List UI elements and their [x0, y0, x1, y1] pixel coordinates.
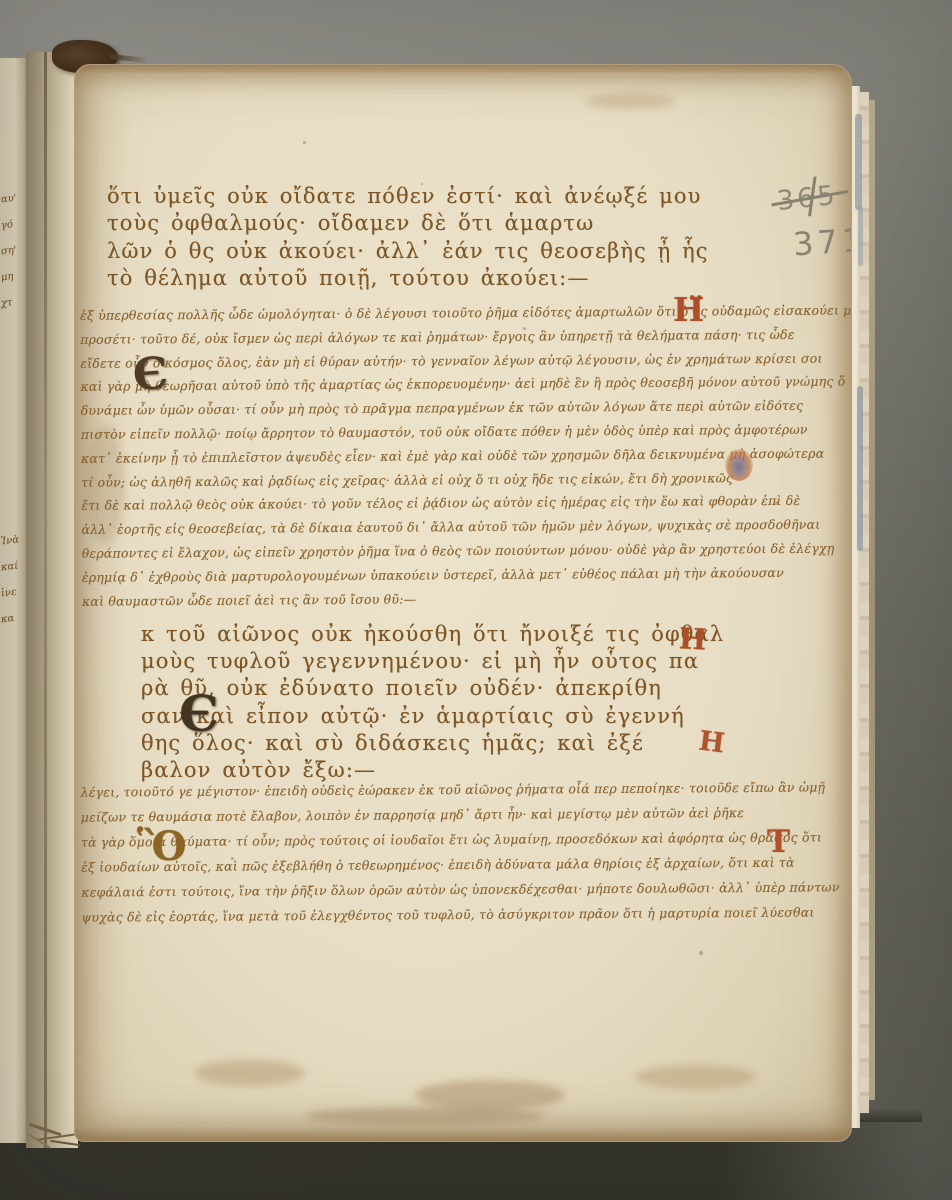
stain [635, 1065, 755, 1089]
folio-number-crossed-out: 365 [776, 180, 839, 217]
decorated-initial-epsilon: Є [179, 689, 219, 739]
facing-page-text-fragments: Ἰνὰκαίἰνεκα [1, 528, 27, 632]
page-edge-stack [869, 100, 875, 1100]
manuscript-text-line: μοὺς τυφλοῦ γεγεννημένου· εἰ μὴ ἦν οὗτος… [141, 648, 724, 675]
manuscript-text-line: τὸ θέλημα αὐτοῦ ποιῇ, τούτου ἀκούει:— [107, 265, 709, 292]
foxing-dot [303, 141, 306, 144]
rubric-eta-marginal: Η̈ [673, 293, 704, 326]
manuscript-text-line: καί [0, 553, 28, 582]
manuscript-text-line: γό [0, 211, 28, 240]
manuscript-text-line: ψυχὰς δὲ εἰς ἑορτάς, ἵνα μετὰ τοῦ ἐλεγχθ… [81, 899, 839, 929]
blue-edge-sliver [858, 206, 863, 266]
rubric-eta-marginal: Η [678, 624, 707, 654]
lemma-text-block-1: ὅτι ὑμεῖς οὐκ οἴδατε πόθεν ἐστί· καὶ ἀνέ… [107, 183, 709, 293]
stain [195, 1060, 305, 1086]
manuscript-text-line: θης ὅλος· καὶ σὺ διδάσκεις ἡμᾶς; καὶ ἐξέ [141, 730, 724, 757]
lemma-text-block-2: κ τοῦ αἰῶνος οὐκ ἠκούσθη ὅτι ἤνοιξέ τις … [141, 621, 724, 784]
rubric-marginal-letter: Η [697, 728, 726, 758]
stain [305, 1107, 545, 1125]
toasted-bottom-edge [75, 1127, 851, 1141]
stain [415, 1080, 565, 1110]
manuscript-text-line: μη [0, 263, 28, 292]
manuscript-page: 365 371 ὅτι ὑμεῖς οὐκ οἴδατε πόθεν ἐστί·… [74, 64, 852, 1142]
rubric-tau-marginal: Τ [767, 827, 790, 858]
manuscript-text-line: σαν καὶ εἶπον αὐτῷ· ἐν ἁμαρτίαις σὺ ἐγεν… [141, 703, 724, 730]
blue-edge-sliver [855, 114, 862, 210]
book-gutter [26, 52, 78, 1148]
decorated-initial-epsilon: Є [132, 352, 170, 398]
manuscript-text-line: ἰνε [0, 579, 28, 608]
manuscript-text-line: Ἰνὰ [0, 527, 28, 556]
manuscript-photo: αυ'γόση'μηχτ Ἰνὰκαίἰνεκα 365 [0, 0, 952, 1200]
manuscript-text-line: ρὰ θῦ, οὐκ ἐδύνατο ποιεῖν οὐδέν· ἀπεκρίθ… [141, 675, 724, 702]
decorated-initial-omicron: Ὃ [137, 827, 187, 867]
toasted-top-edge [75, 65, 851, 74]
stain [585, 93, 675, 109]
manuscript-text-line: λῶν ὁ θς οὐκ ἀκούει· ἀλλ᾽ ἐάν τις θεοσεβ… [107, 238, 709, 265]
manuscript-text-line: κ τοῦ αἰῶνος οὐκ ἠκούσθη ὅτι ἤνοιξέ τις … [141, 621, 724, 648]
manuscript-text-line: αυ' [0, 185, 28, 214]
manuscript-text-line: χτ [0, 289, 28, 318]
blue-edge-sliver [857, 386, 863, 551]
facing-page-text-fragments: αυ'γόση'μηχτ [1, 186, 27, 316]
pigment-blot [725, 449, 753, 481]
manuscript-text-line: καὶ θαυμαστῶν ὧδε ποιεῖ ἀεὶ τις ἂν τοῦ ἴ… [82, 584, 852, 613]
manuscript-text-line: τοὺς ὀφθαλμούς· οἴδαμεν δὲ ὅτι ἁμαρτω [107, 210, 709, 237]
manuscript-text-line: ὅτι ὑμεῖς οὐκ οἴδατε πόθεν ἐστί· καὶ ἀνέ… [107, 183, 709, 210]
manuscript-text-line: κα [0, 605, 28, 634]
commentary-text-block-2: λέγει, τοιοῦτό γε μέγιστον· ἐπειδὴ οὐδεὶ… [80, 774, 839, 929]
manuscript-text-line: ση' [0, 237, 28, 266]
folio-number: 371 [792, 220, 852, 263]
foxing-dot [699, 951, 703, 955]
facing-page-edge: αυ'γόση'μηχτ Ἰνὰκαίἰνεκα [0, 58, 27, 1143]
